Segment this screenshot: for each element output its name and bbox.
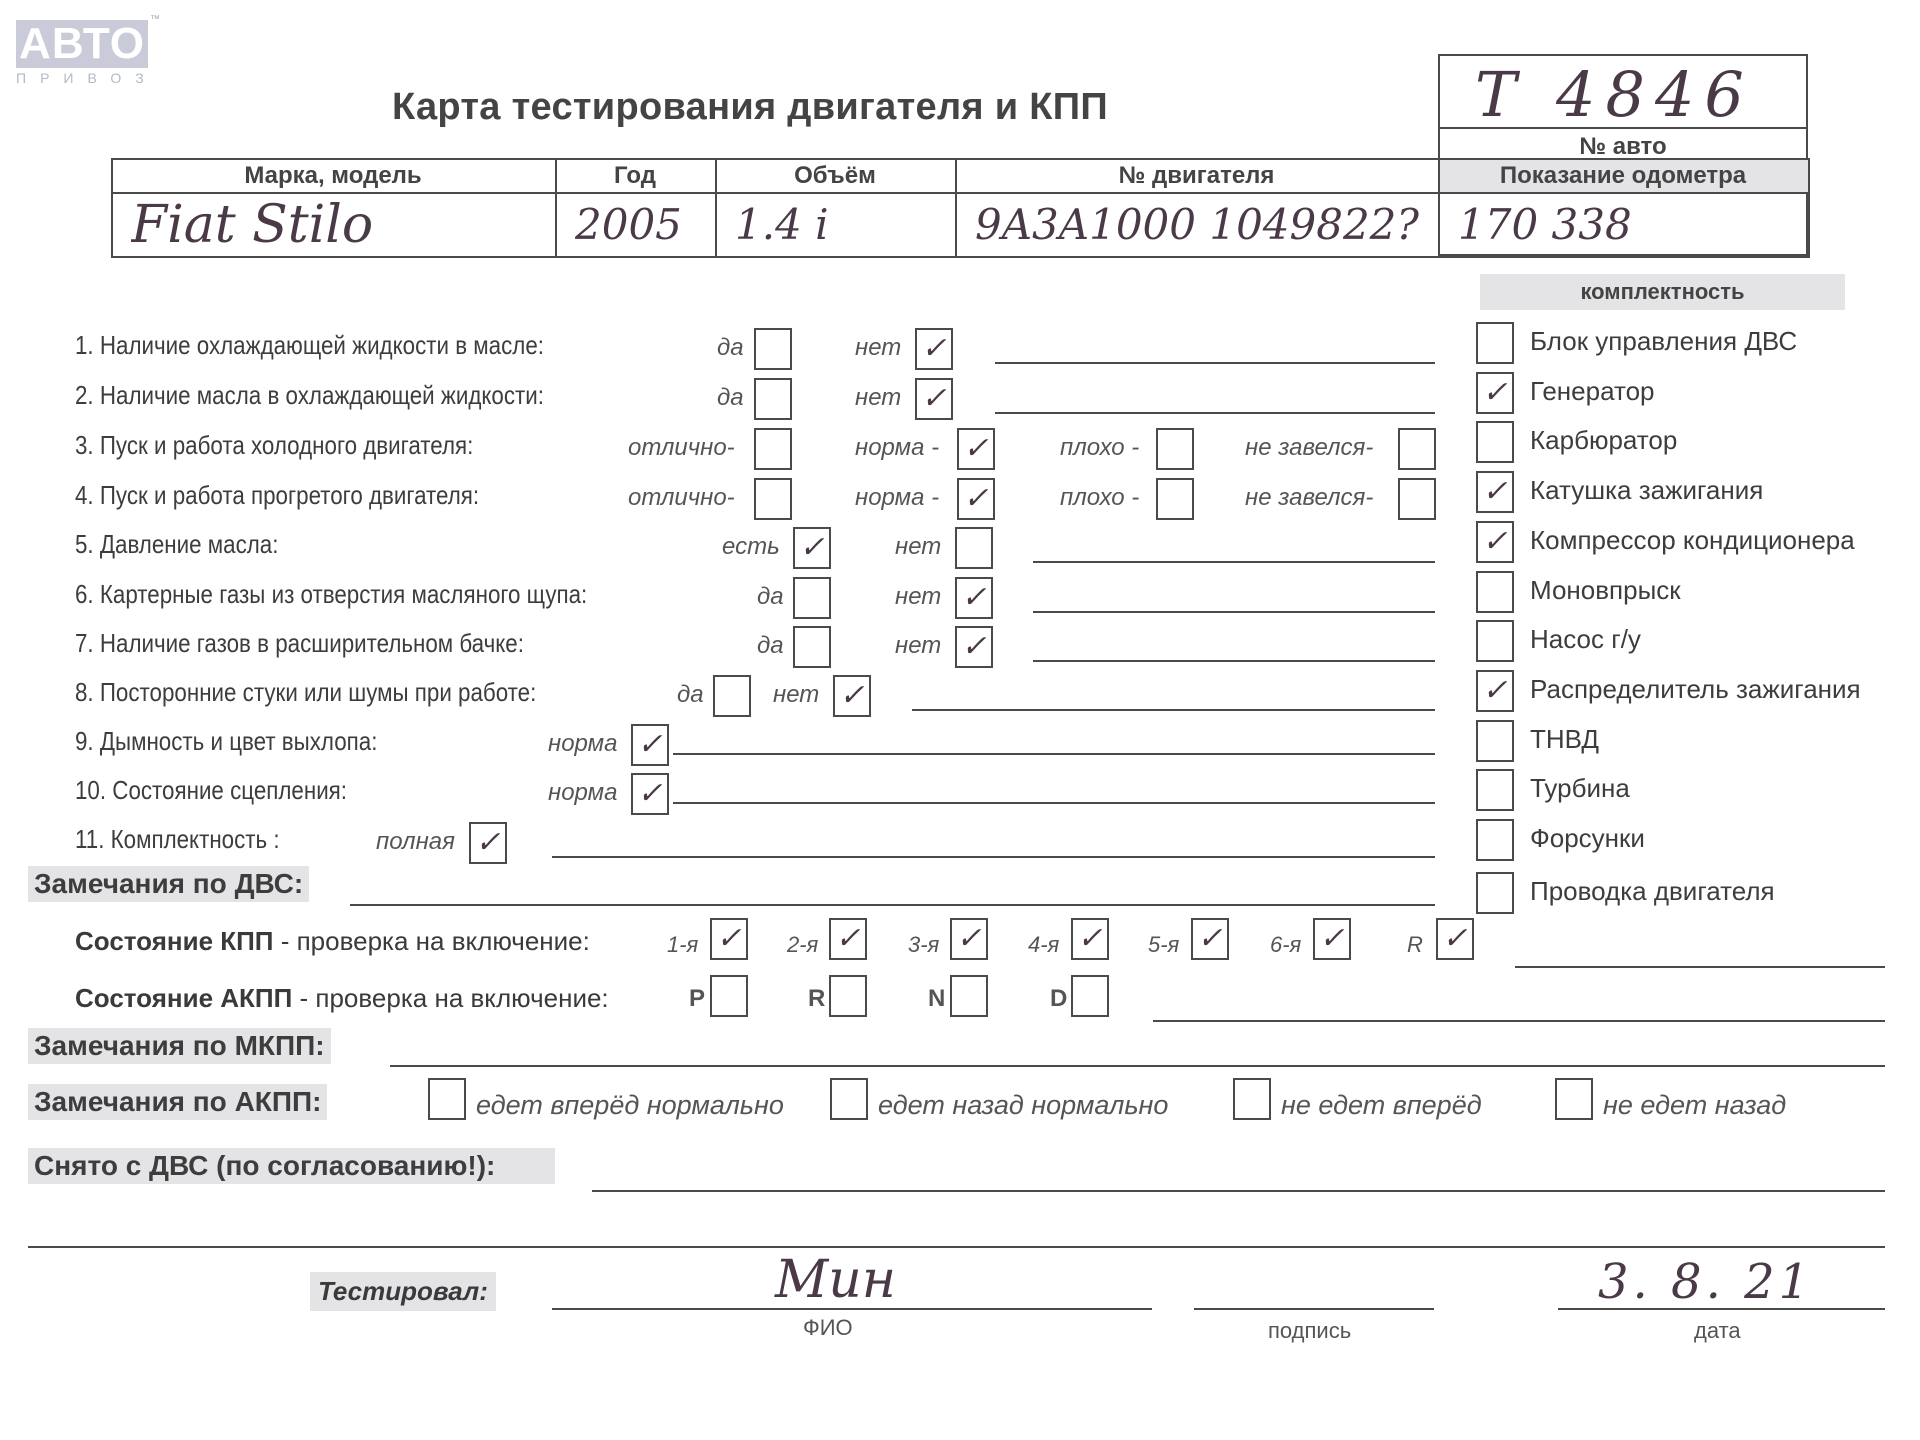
option-label: нет [855,384,901,412]
gear-label: 4-я [1028,932,1059,958]
check-mark-icon: ✓ [1073,920,1107,958]
column-value[interactable]: 1.4 i [735,196,951,254]
completeness-item-label: Моновпрыск [1530,575,1681,606]
option-checkbox[interactable] [713,675,751,717]
signature-caption: подпись [1268,1318,1351,1344]
question-text: 11. Комплектность : [75,824,280,855]
check-mark-icon: ✓ [1193,920,1227,958]
akpp-option-checkbox[interactable] [1233,1078,1271,1120]
notes-line[interactable] [673,753,1435,755]
auto-gearbox-label-bold: Состояние АКПП [75,983,292,1013]
separator-line [28,1246,1885,1248]
gear-checkbox[interactable]: ✓ [1071,918,1109,960]
check-mark-icon: ✓ [952,920,986,958]
gear-checkbox[interactable]: ✓ [829,918,867,960]
notes-line[interactable] [673,802,1435,804]
completeness-item-label: Проводка двигателя [1530,876,1775,907]
check-mark-icon: ✓ [1478,523,1512,561]
option-checkbox[interactable]: ✓ [631,724,669,766]
completeness-item-label: Генератор [1530,376,1655,407]
check-mark-icon: ✓ [795,529,829,567]
gear-checkbox[interactable]: ✓ [1191,918,1229,960]
option-checkbox[interactable] [793,577,831,619]
akpp-option-checkbox[interactable] [1555,1078,1593,1120]
check-mark-icon: ✓ [959,430,993,468]
removed-line[interactable] [592,1190,1885,1192]
check-mark-icon: ✓ [957,579,991,617]
question-text: 2. Наличие масла в охлаждающей жидкости: [75,380,544,411]
manual-gearbox-notes-line[interactable] [1515,966,1885,968]
manual-gearbox-label-rest: - проверка на включение: [274,926,590,956]
akpp-option-label: не едет назад [1603,1090,1786,1121]
mkpp-remarks-label: Замечания по МКПП: [28,1028,331,1064]
check-mark-icon: ✓ [1478,473,1512,511]
option-label: отлично- [628,484,735,512]
option-label: не завелся- [1245,434,1373,462]
question-text: 4. Пуск и работа прогретого двигателя: [75,480,479,511]
option-label: да [677,681,704,709]
option-label: нет [895,583,941,611]
akpp-option-checkbox[interactable] [830,1078,868,1120]
option-checkbox[interactable] [1156,428,1194,470]
completeness-checkbox[interactable] [1476,571,1514,613]
gear-label: R [808,985,825,1013]
check-mark-icon: ✓ [1478,374,1512,412]
date-caption: дата [1694,1318,1741,1344]
gear-label: 1-я [667,932,698,958]
car-number-value[interactable]: Т 4846 [1475,58,1754,131]
option-checkbox[interactable]: ✓ [955,577,993,619]
manual-gearbox-label-bold: Состояние КПП [75,926,274,956]
column-header: Год [555,160,715,192]
check-mark-icon: ✓ [957,628,991,666]
mkpp-remarks-line[interactable] [390,1065,1885,1067]
option-checkbox[interactable] [793,626,831,668]
check-mark-icon: ✓ [633,726,667,764]
notes-line[interactable] [995,362,1435,364]
manual-gearbox-label: Состояние КПП - проверка на включение: [75,926,590,957]
option-checkbox[interactable] [754,328,792,370]
akpp-option-label: едет вперёд нормально [476,1090,784,1121]
option-checkbox[interactable] [1398,428,1436,470]
akpp-option-label: едет назад нормально [878,1090,1168,1121]
gear-label: R [1407,932,1423,958]
column-header: Марка, модель [111,160,555,192]
column-value[interactable]: 9A3A1000 1049822? [975,196,1434,254]
option-checkbox[interactable] [1398,478,1436,520]
notes-line[interactable] [1033,561,1435,563]
tested-by-label: Тестировал: [310,1272,496,1311]
option-checkbox[interactable]: ✓ [793,527,831,569]
check-mark-icon: ✓ [1438,920,1472,958]
question-text: 7. Наличие газов в расширительном бачке: [75,628,524,659]
notes-line[interactable] [912,709,1435,711]
completeness-item-label: Компрессор кондиционера [1530,525,1855,556]
completeness-checkbox[interactable] [1476,421,1514,463]
option-label: нет [855,334,901,362]
gear-checkbox[interactable] [710,975,748,1017]
auto-gearbox-notes-line[interactable] [1153,1020,1885,1022]
engine-remarks-line[interactable] [350,904,1435,906]
gear-checkbox[interactable]: ✓ [950,918,988,960]
notes-line[interactable] [1033,660,1435,662]
engine-remarks-label: Замечания по ДВС: [28,866,309,902]
option-checkbox[interactable]: ✓ [833,675,871,717]
completeness-checkbox[interactable] [1476,720,1514,762]
completeness-checkbox[interactable] [1476,769,1514,811]
akpp-remarks-label: Замечания по АКПП: [28,1084,327,1120]
check-mark-icon: ✓ [1478,672,1512,710]
option-label: да [717,384,744,412]
column-header: Показание одометра [1438,160,1808,192]
question-text: 10. Состояние сцепления: [75,775,347,806]
completeness-item-label: Распределитель зажигания [1530,674,1861,705]
option-checkbox[interactable]: ✓ [469,822,507,864]
option-label: да [717,334,744,362]
gear-label: P [689,985,705,1013]
gear-label: 5-я [1148,932,1179,958]
check-mark-icon: ✓ [831,920,865,958]
completeness-item-label: Форсунки [1530,823,1645,854]
option-label: да [757,632,784,660]
option-checkbox[interactable]: ✓ [957,428,995,470]
completeness-checkbox[interactable]: ✓ [1476,521,1514,563]
check-mark-icon: ✓ [712,920,746,958]
date-value[interactable]: 3. 8. 21 [1598,1254,1813,1310]
completeness-checkbox[interactable] [1476,620,1514,662]
completeness-checkbox[interactable]: ✓ [1476,670,1514,712]
car-number-label: № авто [1438,133,1808,161]
page-title: Карта тестирования двигателя и КПП [392,86,1108,129]
gear-checkbox[interactable]: ✓ [1313,918,1351,960]
gear-label: 3-я [908,932,939,958]
option-label: нет [895,632,941,660]
gear-checkbox[interactable]: ✓ [710,918,748,960]
check-mark-icon: ✓ [959,480,993,518]
name-value[interactable]: Мин [775,1250,896,1310]
question-text: 9. Дымность и цвет выхлопа: [75,726,377,757]
option-label: норма [548,730,617,758]
akpp-option-checkbox[interactable] [428,1078,466,1120]
completeness-title: комплектность [1480,274,1845,310]
option-checkbox[interactable] [754,378,792,420]
option-checkbox[interactable]: ✓ [915,378,953,420]
logo: АВТО [16,20,148,68]
completeness-checkbox[interactable] [1476,872,1514,914]
notes-line[interactable] [995,412,1435,414]
column-value[interactable]: Fiat Stilo [131,196,551,254]
option-checkbox[interactable] [955,527,993,569]
question-text: 8. Посторонние стуки или шумы при работе… [75,677,536,708]
check-mark-icon: ✓ [917,380,951,418]
completeness-item-label: Блок управления ДВС [1530,326,1797,357]
option-label: полная [376,828,455,856]
column-header: Объём [715,160,955,192]
completeness-item-label: Насос г/у [1530,624,1641,655]
option-label: отлично- [628,434,735,462]
option-checkbox[interactable]: ✓ [957,478,995,520]
completeness-item-label: Турбина [1530,773,1630,804]
check-mark-icon: ✓ [1315,920,1349,958]
gear-checkbox[interactable] [829,975,867,1017]
auto-gearbox-label-rest: - проверка на включение: [292,983,608,1013]
gear-label: D [1050,985,1067,1013]
question-text: 1. Наличие охлаждающей жидкости в масле: [75,330,544,361]
name-caption: ФИО [803,1315,853,1341]
option-label: норма [548,779,617,807]
option-label: есть [722,533,780,561]
option-label: норма - [855,434,939,462]
column-value[interactable]: 170 338 [1458,196,1804,254]
option-label: нет [773,681,819,709]
check-mark-icon: ✓ [633,775,667,813]
completeness-checkbox[interactable] [1476,322,1514,364]
column-value[interactable]: 2005 [575,196,711,254]
check-mark-icon: ✓ [835,677,869,715]
option-label: нет [895,533,941,561]
signature-line[interactable] [1194,1308,1434,1310]
completeness-item-label: ТНВД [1530,724,1599,755]
gear-checkbox[interactable]: ✓ [1436,918,1474,960]
gear-checkbox[interactable] [1071,975,1109,1017]
option-checkbox[interactable]: ✓ [915,328,953,370]
auto-gearbox-label: Состояние АКПП - проверка на включение: [75,983,609,1014]
completeness-checkbox[interactable]: ✓ [1476,372,1514,414]
akpp-option-label: не едет вперёд [1281,1090,1482,1121]
question-text: 3. Пуск и работа холодного двигателя: [75,430,473,461]
check-mark-icon: ✓ [471,824,505,862]
option-checkbox[interactable] [754,428,792,470]
question-text: 5. Давление масла: [75,529,278,560]
removed-label: Снято с ДВС (по согласованию!): [28,1148,555,1184]
completeness-checkbox[interactable] [1476,819,1514,861]
option-label: плохо - [1060,484,1139,512]
gear-label: 6-я [1270,932,1301,958]
completeness-checkbox[interactable]: ✓ [1476,471,1514,513]
question-text: 6. Картерные газы из отверстия масляного… [75,579,587,610]
completeness-item-label: Карбюратор [1530,425,1677,456]
option-checkbox[interactable]: ✓ [631,773,669,815]
logo-subtitle: ПРИВОЗ [16,70,158,86]
option-checkbox[interactable]: ✓ [955,626,993,668]
notes-line[interactable] [552,856,1435,858]
option-label: не завелся- [1245,484,1373,512]
gear-checkbox[interactable] [950,975,988,1017]
logo-trademark: ™ [150,14,160,25]
option-label: норма - [855,484,939,512]
gear-label: N [928,985,945,1013]
option-label: плохо - [1060,434,1139,462]
option-checkbox[interactable] [754,478,792,520]
check-mark-icon: ✓ [917,330,951,368]
option-label: да [757,583,784,611]
notes-line[interactable] [1033,611,1435,613]
gear-label: 2-я [787,932,818,958]
option-checkbox[interactable] [1156,478,1194,520]
completeness-item-label: Катушка зажигания [1530,475,1763,506]
column-header: № двигателя [955,160,1438,192]
